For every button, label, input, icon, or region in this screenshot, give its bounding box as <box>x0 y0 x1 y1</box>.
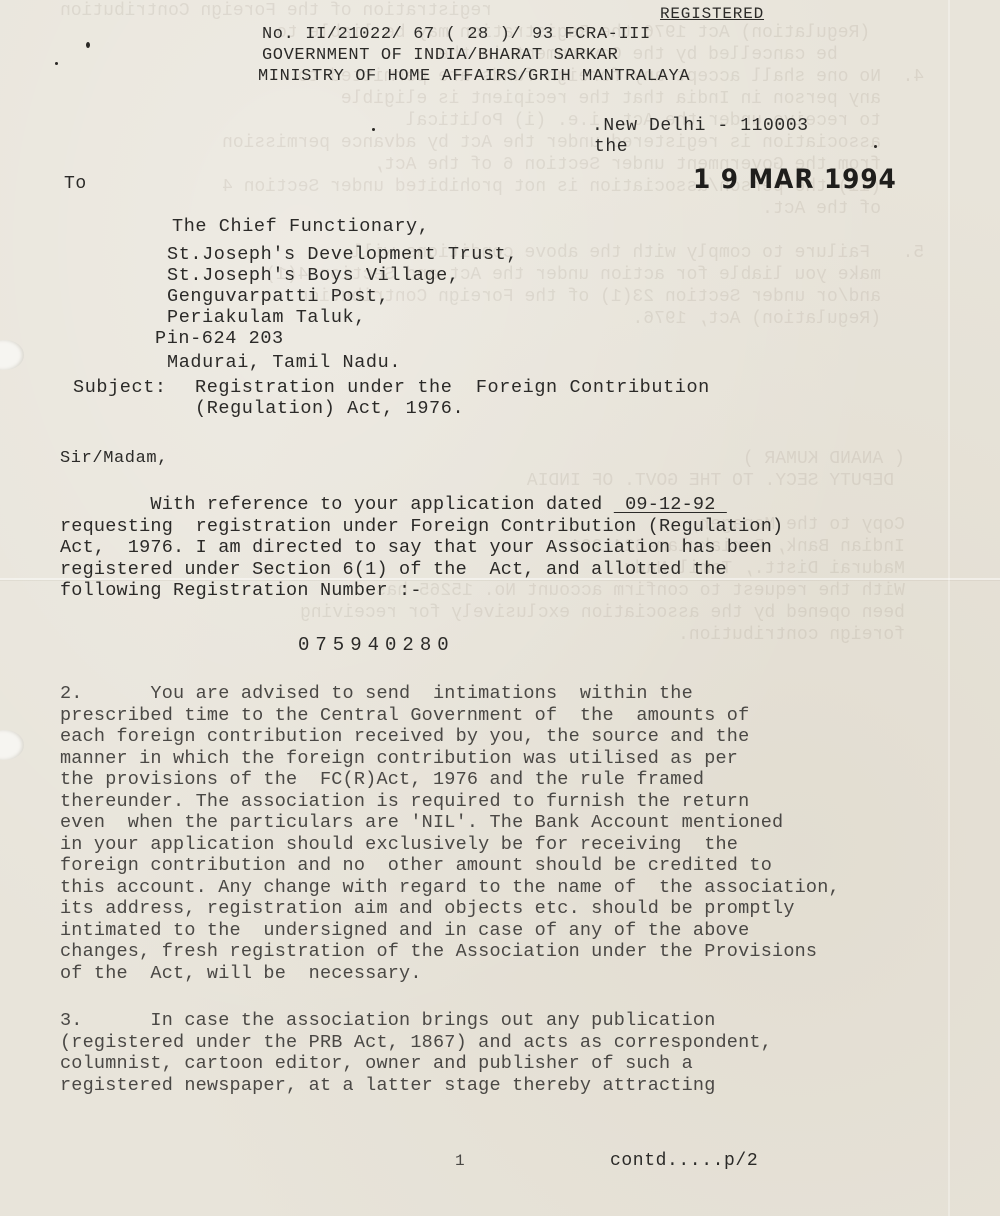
paragraph-2: 2. You are advised to send intimations w… <box>60 683 840 984</box>
subject-label: Subject: <box>73 379 167 398</box>
paragraph-1: With reference to your application dated… <box>60 494 783 602</box>
paragraph-line: its address, registration aim and object… <box>60 898 840 920</box>
issuer-ministry: MINISTRY OF HOME AFFAIRS/GRIH MANTRALAYA <box>258 68 690 85</box>
paragraph-line: 3. In case the association brings out an… <box>60 1010 772 1032</box>
salutation: Sir/Madam, <box>60 450 168 467</box>
paragraph-line: following Registration Number :- <box>60 580 783 602</box>
paragraph-line: this account. Any change with regard to … <box>60 877 840 899</box>
subject-text: (Regulation) Act, 1976. <box>195 400 464 419</box>
file-number: No. II/21022/ 67 ( 28 )/ 93 FCRA-III <box>262 26 651 43</box>
paragraph-line: columnist, cartoon editor, owner and pub… <box>60 1053 772 1075</box>
subject-text: Registration under the Foreign Contribut… <box>195 379 710 398</box>
paragraph-line: registered newspaper, at a latter stage … <box>60 1075 772 1097</box>
paragraph-3: 3. In case the association brings out an… <box>60 1010 772 1096</box>
scanned-letter-page: registration of the Foreign Contribution… <box>0 0 1000 1216</box>
registered-mark: REGISTERED <box>660 6 764 22</box>
recipient-line: The Chief Functionary, <box>172 218 429 237</box>
date-prefix: the <box>594 138 628 156</box>
paragraph-line: (registered under the PRB Act, 1867) and… <box>60 1032 772 1054</box>
ink-speck <box>372 128 375 131</box>
punch-hole-icon <box>0 730 24 760</box>
paragraph-line: prescribed time to the Central Governmen… <box>60 705 840 727</box>
paragraph-line: of the Act, will be necessary. <box>60 963 840 985</box>
paragraph-line: registered under Section 6(1) of the Act… <box>60 559 783 581</box>
recipient-line: Periakulam Taluk, <box>167 309 366 328</box>
paragraph-line: 2. You are advised to send intimations w… <box>60 683 840 705</box>
issuer-government: GOVERNMENT OF INDIA/BHARAT SARKAR <box>262 47 618 64</box>
paragraph-line: Act, 1976. I am directed to say that you… <box>60 537 783 559</box>
continuation-note: contd.....p/2 <box>610 1152 758 1170</box>
paragraph-line: With reference to your application dated… <box>60 494 783 516</box>
paragraph-line: each foreign contribution received by yo… <box>60 726 840 748</box>
paragraph-line: the provisions of the FC(R)Act, 1976 and… <box>60 769 840 791</box>
registration-number: 075940280 <box>298 636 455 655</box>
to-label: To <box>64 175 87 193</box>
recipient-line: Madurai, Tamil Nadu. <box>167 354 401 373</box>
paragraph-line: intimated to the undersigned and in case… <box>60 920 840 942</box>
application-date: 09-12-92 <box>614 494 727 515</box>
paper-vertical-fold <box>948 0 950 1216</box>
ink-speck <box>55 62 58 65</box>
paragraph-text: With reference to your application dated <box>60 494 614 515</box>
paragraph-line: changes, fresh registration of the Assoc… <box>60 941 840 963</box>
paragraph-line: requesting registration under Foreign Co… <box>60 516 783 538</box>
issuing-place: .New Delhi - 110003 <box>592 117 809 135</box>
recipient-line: St.Joseph's Boys Village, <box>167 267 460 286</box>
ink-speck <box>86 42 90 48</box>
paragraph-line: foreign contribution and no other amount… <box>60 855 840 877</box>
paragraph-line: even when the particulars are 'NIL'. The… <box>60 812 840 834</box>
date-stamp: 1 9 MAR 1994 <box>693 164 897 195</box>
ink-speck <box>874 145 877 148</box>
recipient-pin: Pin-624 203 <box>155 330 284 349</box>
paragraph-line: thereunder. The association is required … <box>60 791 840 813</box>
paragraph-line: manner in which the foreign contribution… <box>60 748 840 770</box>
recipient-line: Genguvarpatti Post, <box>167 288 389 307</box>
recipient-line: St.Joseph's Development Trust, <box>167 246 518 265</box>
page-mark: 1 <box>455 1153 465 1169</box>
punch-hole-icon <box>0 340 24 370</box>
paragraph-line: in your application should exclusively b… <box>60 834 840 856</box>
